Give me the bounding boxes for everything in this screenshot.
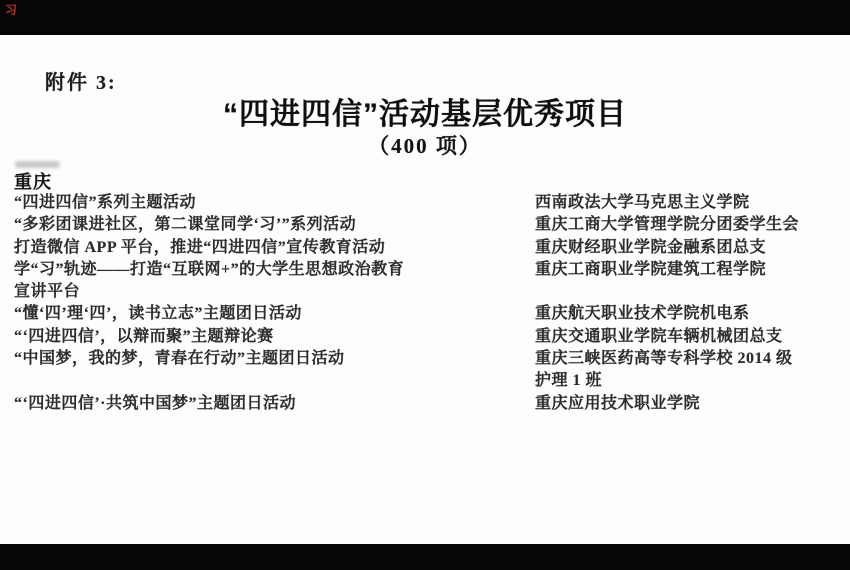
print-smudge [15,161,60,168]
top-letterbox-bar: 习 [0,0,850,35]
table-row: “四进四信”系列主题活动 西南政法大学马克思主义学院 [14,192,812,214]
section-header-chongqing: 重庆 [14,168,52,194]
project-name: “中国梦，我的梦，青春在行动”主题团日活动 [14,348,535,370]
document-title: “四进四信”活动基层优秀项目 [0,89,850,133]
red-watermark-glyph: 习 [5,4,17,16]
project-name: “‘四进四信’，以辩而聚”主题辩论赛 [14,326,535,348]
organization-name: 重庆三峡医药高等专科学校 2014 级 护理 1 班 [535,348,812,393]
project-name: 学“习”轨迹——打造“互联网+”的大学生思想政治教育 宣讲平台 [14,259,535,304]
organization-name: 重庆航天职业技术学院机电系 [535,303,812,325]
table-row: “懂‘四’理‘四’，读书立志”主题团日活动 重庆航天职业技术学院机电系 [14,303,812,325]
organization-name: 重庆工商职业学院建筑工程学院 [535,259,812,281]
organization-name: 重庆工商大学管理学院分团委学生会 [535,214,812,236]
organization-name: 西南政法大学马克思主义学院 [535,192,812,214]
project-name: “多彩团课进社区，第二课堂同学‘习’”系列活动 [14,214,535,236]
table-row: 打造微信 APP 平台，推进“四进四信”宣传教育活动 重庆财经职业学院金融系团总… [14,237,812,259]
project-name: “四进四信”系列主题活动 [14,192,535,214]
organization-name: 重庆交通职业学院车辆机械团总支 [535,326,812,348]
document-subtitle: （400 项） [0,130,850,160]
table-row: “‘四进四信’，以辩而聚”主题辩论赛 重庆交通职业学院车辆机械团总支 [14,326,812,348]
project-name: “‘四进四信’·共筑中国梦”主题团日活动 [14,393,535,415]
project-name: 打造微信 APP 平台，推进“四进四信”宣传教育活动 [14,237,535,259]
organization-name: 重庆应用技术职业学院 [535,393,812,415]
bottom-letterbox-bar [0,544,850,570]
table-row: 学“习”轨迹——打造“互联网+”的大学生思想政治教育 宣讲平台 重庆工商职业学院… [14,259,812,304]
table-row: “‘四进四信’·共筑中国梦”主题团日活动 重庆应用技术职业学院 [14,393,812,415]
document-photo: 习 附件 3: “四进四信”活动基层优秀项目 （400 项） 重庆 “四进四信”… [0,0,850,570]
organization-name: 重庆财经职业学院金融系团总支 [535,237,812,259]
project-table: “四进四信”系列主题活动 西南政法大学马克思主义学院 “多彩团课进社区，第二课堂… [14,192,812,415]
table-row: “中国梦，我的梦，青春在行动”主题团日活动 重庆三峡医药高等专科学校 2014 … [14,348,812,393]
project-name: “懂‘四’理‘四’，读书立志”主题团日活动 [14,303,535,325]
table-row: “多彩团课进社区，第二课堂同学‘习’”系列活动 重庆工商大学管理学院分团委学生会 [14,214,812,236]
